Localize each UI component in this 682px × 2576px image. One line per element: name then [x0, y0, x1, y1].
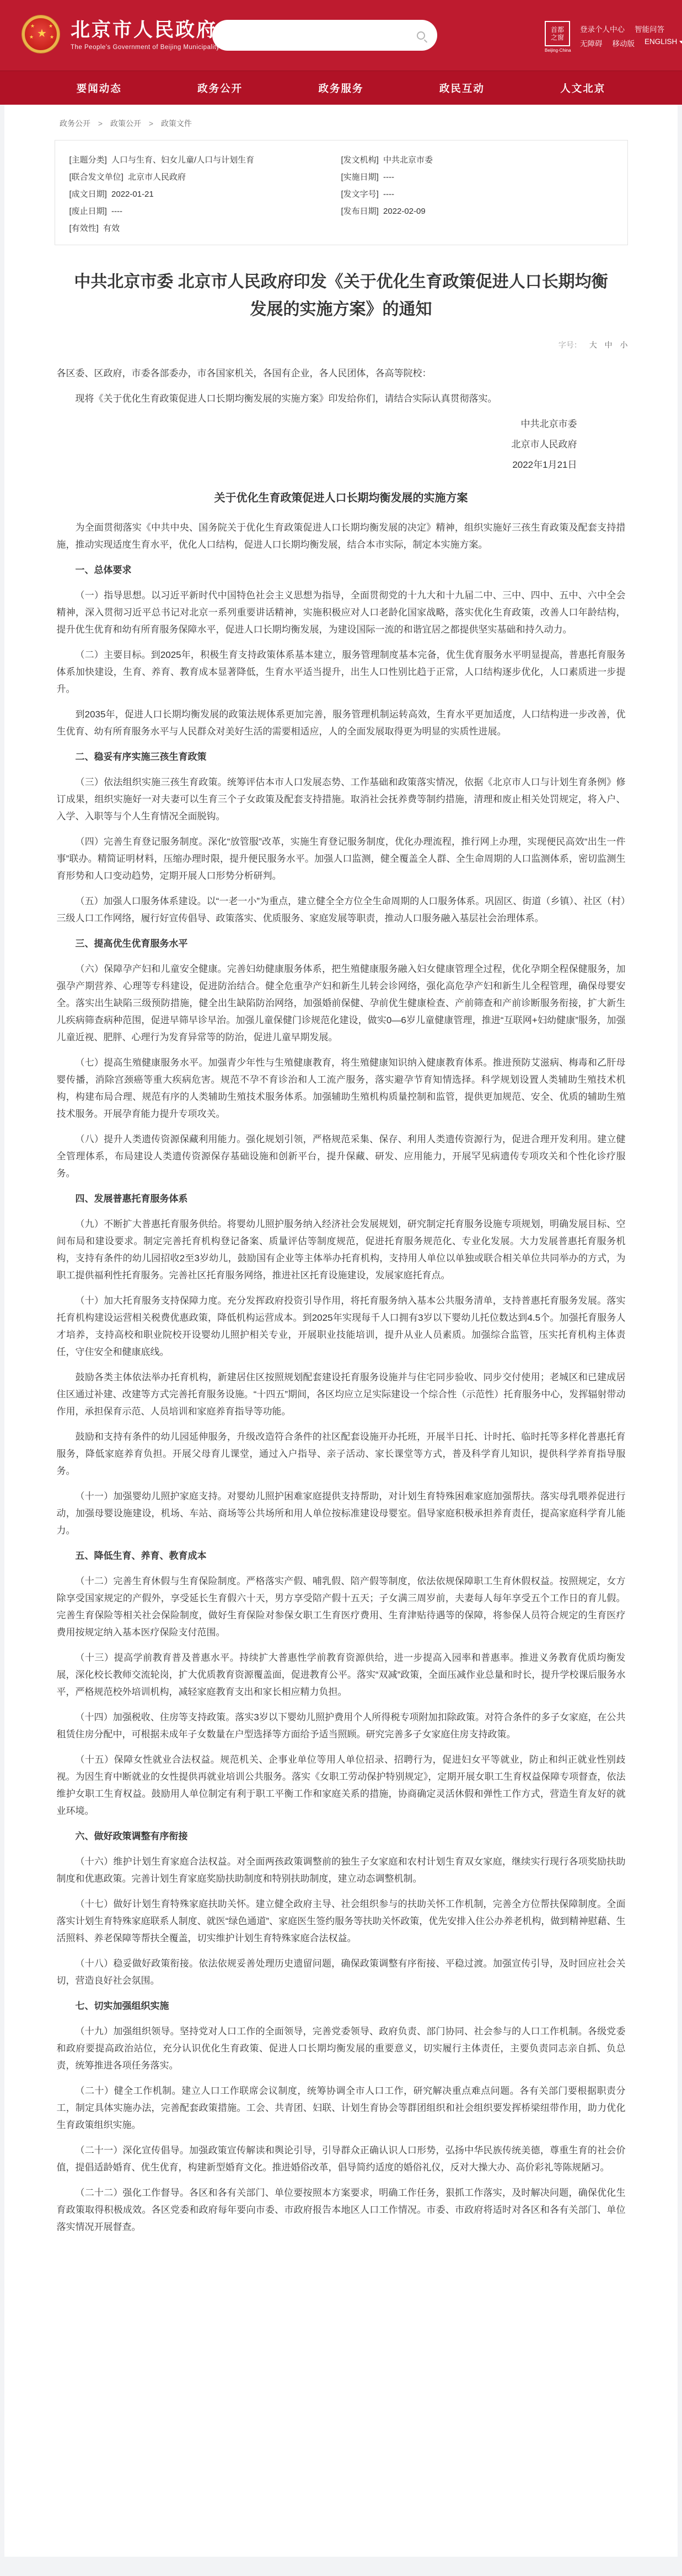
article-paragraph: （九）不断扩大普惠托育服务供给。将婴幼儿照护服务纳入经济社会发展规划，研究制定托… [57, 1216, 626, 1284]
header-links-row2: 无障碍 移动版 ENGLISH [580, 37, 682, 48]
font-size-toolbar: 字号： 大 中 小 [55, 339, 628, 350]
article-paragraph: （六）保障孕产妇和儿童安全健康。完善妇幼健康服务体系，把生殖健康服务融入妇女健康… [57, 960, 626, 1046]
font-size-label: 字号： [559, 341, 582, 349]
meta-row-topic: [主题分类] 人口与生育、妇女儿童/人口与计划生育 [69, 152, 341, 169]
breadcrumb-separator: > [98, 119, 103, 128]
meta-row-issuing-agency: [发文机构] 中共北京市委 [341, 152, 613, 169]
search-box [212, 20, 437, 51]
section-heading: 四、发展普惠托育服务体系 [57, 1190, 626, 1207]
nav-item-gov-services[interactable]: 政务服务 [318, 81, 363, 95]
font-size-small-button[interactable]: 小 [620, 341, 628, 349]
breadcrumb-separator: > [149, 119, 153, 128]
article-paragraph: （八）提升人类遗传资源保藏利用能力。强化规划引领，严格规范采集、保存、利用人类遗… [57, 1131, 626, 1182]
emblem-star-icon: ★ [37, 28, 47, 39]
article-paragraph: 各区委、区政府，市委各部委办，市各国家机关，各国有企业，各人民团体，各高等院校： [57, 365, 626, 382]
font-size-large-button[interactable]: 大 [589, 341, 597, 349]
document-meta-table: [主题分类] 人口与生育、妇女儿童/人口与计划生育 [联合发文单位] 北京市人民… [55, 140, 628, 245]
smart-qa-link[interactable]: 智能问答 [635, 23, 664, 34]
article-paragraph: （二十一）深化宣传倡导。加强政策宣传解读和舆论引导，引导群众正确认识人口形势，弘… [57, 2142, 626, 2176]
section-heading: 一、总体要求 [57, 561, 626, 579]
article-paragraph: （十九）加强组织领导。坚持党对人口工作的全面领导，完善党委领导、政府负责、部门协… [57, 2023, 626, 2074]
breadcrumb-item-gov-disclosure[interactable]: 政务公开 [60, 119, 90, 128]
meta-value: 人口与生育、妇女儿童/人口与计划生育 [111, 155, 254, 165]
dropdown-arrow-icon [679, 41, 682, 44]
article-paragraph: （二）主要目标。到2025年，积极生育支持政策体系基本建立，服务管理制度基本完备… [57, 646, 626, 698]
meta-label: [发文机构] [341, 155, 379, 165]
article-paragraph: 到2035年，促进人口长期均衡发展的政策法规体系更加完善，服务管理机制运转高效，… [57, 706, 626, 740]
meta-value: ---- [383, 172, 394, 182]
article-paragraph: （一）指导思想。以习近平新时代中国特色社会主义思想为指导，全面贯彻党的十九大和十… [57, 587, 626, 638]
meta-label: [废止日期] [69, 207, 107, 216]
article-paragraph: （十）加大托育服务支持保障力度。充分发挥政府投资引导作用，将托育服务纳入基本公共… [57, 1292, 626, 1360]
site-title-block: 北京市人民政府 The People's Government of Beiji… [71, 19, 220, 51]
article-paragraph: （四）完善生育登记服务制度。深化“放管服”改革，实施生育登记服务制度，优化办理流… [57, 833, 626, 884]
article-paragraph: 现将《关于优化生育政策促进人口长期均衡发展的实施方案》印发给你们，请结合实际认真… [57, 390, 626, 407]
site-subtitle: The People's Government of Beijing Munic… [71, 44, 220, 51]
meta-value: ---- [111, 207, 122, 216]
meta-column-left: [主题分类] 人口与生育、妇女儿童/人口与计划生育 [联合发文单位] 北京市人民… [69, 152, 341, 237]
english-link[interactable]: ENGLISH [645, 37, 682, 48]
document-subtitle: 关于优化生育政策促进人口长期均衡发展的实施方案 [57, 490, 626, 507]
article-paragraph: （十六）维护计划生育家庭合法权益。对全面两孩政策调整前的独生子女家庭和农村计划生… [57, 1853, 626, 1887]
meta-row-validity: [有效性] 有效 [69, 220, 341, 237]
accessibility-link[interactable]: 无障碍 [580, 37, 603, 48]
meta-row-publish-date: [发布日期] 2022-02-09 [341, 203, 613, 220]
meta-value: ---- [383, 190, 394, 199]
emblem-star-icon: ★ [29, 35, 34, 40]
capital-window-logo-box: 首都之窗 [545, 21, 570, 46]
search-input[interactable] [212, 20, 417, 51]
meta-value: 2022-01-21 [111, 190, 154, 199]
meta-label: [发文字号] [341, 190, 379, 199]
meta-value: 2022-02-09 [383, 207, 426, 216]
article-paragraph: （十四）加强税收、住房等支持政策。落实3岁以下婴幼儿照护费用个人所得税专项附加扣… [57, 1709, 626, 1743]
site-title: 北京市人民政府 [71, 19, 220, 42]
section-heading: 二、稳妥有序实施三孩生育政策 [57, 748, 626, 765]
emblem-star-icon: ★ [49, 24, 53, 29]
section-heading: 五、降低生育、养育、教育成本 [57, 1547, 626, 1564]
search-icon[interactable] [417, 31, 425, 40]
section-heading: 七、切实加强组织实施 [57, 1997, 626, 2015]
header-links-row1: 登录个人中心 智能问答 [580, 23, 682, 34]
nav-item-gov-disclosure[interactable]: 政务公开 [197, 81, 243, 95]
nav-item-interaction[interactable]: 政民互动 [439, 81, 485, 95]
meta-label: [主题分类] [69, 155, 107, 165]
login-personal-center-link[interactable]: 登录个人中心 [580, 23, 625, 34]
meta-value: 北京市人民政府 [128, 172, 186, 182]
article-paragraph: （十二）完善生育休假与生育保险制度。严格落实产假、哺乳假、陪产假等制度，依法依规… [57, 1573, 626, 1641]
article-paragraph: （二十二）强化工作督导。各区和各有关部门、单位要按照本方案要求，明确工作任务，狠… [57, 2184, 626, 2235]
article-paragraph: （十七）做好计划生育特殊家庭扶助关怀。建立健全政府主导、社会组织参与的扶助关怀工… [57, 1895, 626, 1947]
nav-item-news[interactable]: 要闻动态 [77, 81, 122, 95]
capital-window-caption: Beijing·China [545, 48, 570, 53]
meta-row-document-number: [发文字号] ---- [341, 186, 613, 203]
article-paragraph: （十一）加强婴幼儿照护家庭支持。对婴幼儿照护困难家庭提供支持帮助，对计划生育特殊… [57, 1488, 626, 1539]
meta-value: 中共北京市委 [383, 155, 433, 165]
nav-item-culture[interactable]: 人文北京 [560, 81, 605, 95]
article-paragraph: （十五）保障女性就业合法权益。规范机关、企事业单位等用人单位招录、招聘行为，促进… [57, 1751, 626, 1819]
meta-row-effective-date: [实施日期] ---- [341, 169, 613, 186]
breadcrumb-item-policy-documents[interactable]: 政策文件 [161, 119, 192, 128]
emblem-star-icon: ★ [30, 24, 35, 29]
main-nav: 要闻动态 政务公开 政务服务 政民互动 人文北京 [0, 71, 682, 105]
signature-line: 中共北京市委 [57, 415, 626, 433]
article-paragraph: （十三）提高学前教育普及普惠水平。持续扩大普惠性学前教育资源供给，进一步提高入园… [57, 1649, 626, 1700]
signature-line: 北京市人民政府 [57, 436, 626, 453]
emblem-star-icon: ★ [50, 35, 54, 40]
meta-row-joint-issuer: [联合发文单位] 北京市人民政府 [69, 169, 341, 186]
font-size-medium-button[interactable]: 中 [605, 341, 613, 349]
content-card: 政务公开 > 政策公开 > 政策文件 [主题分类] 人口与生育、妇女儿童/人口与… [4, 105, 678, 2557]
article-paragraph: （三）依法组织实施三孩生育政策。统筹评估本市人口发展态势、工作基础和政策落实情况… [57, 774, 626, 825]
capital-window-logo[interactable]: 首都之窗 Beijing·China [545, 21, 570, 53]
article-paragraph: 鼓励各类主体依法举办托育机构，新建居住区按照规划配套建设托育服务设施并与住宅同步… [57, 1369, 626, 1420]
article-paragraph: （五）加强人口服务体系建设。以“一老一小”为重点，建立健全全方位全生命周期的人口… [57, 893, 626, 927]
breadcrumb-item-policy-disclosure[interactable]: 政策公开 [110, 119, 141, 128]
section-heading: 三、提高优生优育服务水平 [57, 935, 626, 952]
meta-label: [实施日期] [341, 172, 379, 182]
meta-value: 有效 [103, 224, 120, 233]
mobile-version-link[interactable]: 移动版 [613, 37, 635, 48]
meta-row-date-written: [成文日期] 2022-01-21 [69, 186, 341, 203]
article-paragraph: 为全面贯彻落实《中共中央、国务院关于优化生育政策促进人口长期均衡发展的决定》精神… [57, 519, 626, 553]
article-paragraph: 鼓励和支持有条件的幼儿园延伸服务，升级改造符合条件的社区配套设施开办托班，开展半… [57, 1428, 626, 1479]
article-paragraph: （二十）健全工作机制。建立人口工作联席会议制度，统筹协调全市人口工作，研究解决重… [57, 2082, 626, 2134]
meta-label: [联合发文单位] [69, 172, 123, 182]
section-heading: 六、做好政策调整有序衔接 [57, 1828, 626, 1845]
meta-label: [成文日期] [69, 190, 107, 199]
national-emblem-logo[interactable]: ★ ★ ★ ★ ★ [22, 15, 60, 53]
breadcrumb: 政务公开 > 政策公开 > 政策文件 [4, 105, 678, 129]
meta-label: [发布日期] [341, 207, 379, 216]
meta-label: [有效性] [69, 224, 99, 233]
article-paragraph: （十八）稳妥做好政策衔接。依法依规妥善处理历史遗留问题，确保政策调整有序衔接、平… [57, 1955, 626, 1989]
article-paragraph: （七）提高生殖健康服务水平。加强青少年性与生殖健康教育，将生殖健康知识纳入健康教… [57, 1054, 626, 1122]
meta-column-right: [发文机构] 中共北京市委 [实施日期] ---- [发文字号] ---- [发… [341, 152, 613, 237]
signature-line: 2022年1月21日 [57, 456, 626, 473]
meta-row-repeal-date: [废止日期] ---- [69, 203, 341, 220]
article-body: 各区委、区政府，市委各部委办，市各国家机关，各国有企业，各人民团体，各高等院校：… [57, 365, 626, 2235]
page-title: 中共北京市委 北京市人民政府印发《关于优化生育政策促进人口长期均衡发展的实施方案… [71, 268, 611, 323]
site-header: ★ ★ ★ ★ ★ 北京市人民政府 The People's Governmen… [0, 0, 682, 71]
english-link-label: ENGLISH [645, 37, 677, 46]
capital-window-logo-text: 首都之窗 [550, 26, 565, 41]
